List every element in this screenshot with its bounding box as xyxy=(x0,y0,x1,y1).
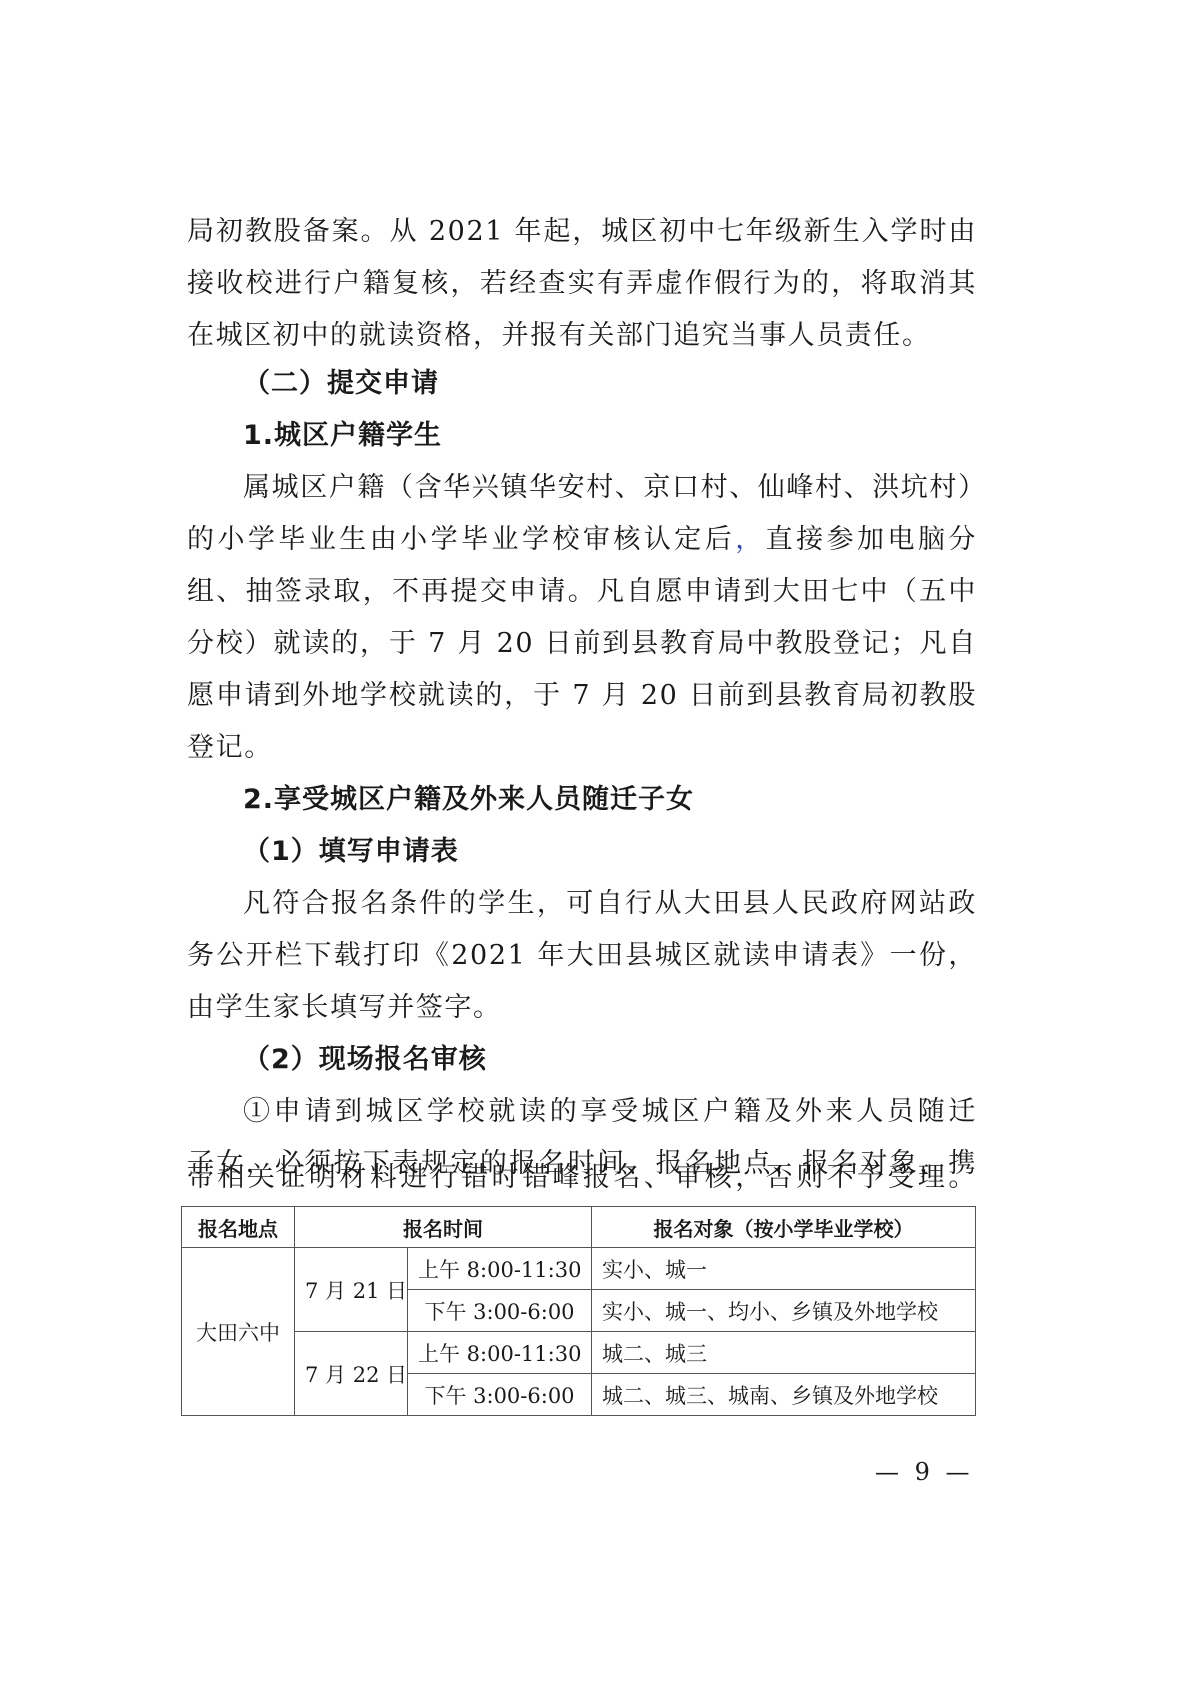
paragraph-line: 接收校进行户籍复核，若经查实有弄虚作假行为的，将取消其 xyxy=(187,266,977,302)
time-cell: 上午 8:00-11:30 xyxy=(408,1248,592,1290)
text-segment: 直接参加电脑分 xyxy=(766,524,977,555)
paragraph-line: 分校）就读的，于 7 月 20 日前到县教育局中教股登记；凡自 xyxy=(187,626,977,662)
paragraph-line: 局初教股备案。从 2021 年起，城区初中七年级新生入学时由 xyxy=(187,214,977,250)
comma-mark: ， xyxy=(735,524,765,555)
paragraph-line: 凡符合报名条件的学生，可自行从大田县人民政府网站政 xyxy=(243,886,977,922)
paragraph-line: 属城区户籍（含华兴镇华安村、京口村、仙峰村、洪坑村） xyxy=(243,470,977,506)
paragraph-line: 带相关证明材料进行错时错峰报名、审核，否则不予受理。 xyxy=(187,1160,977,1196)
header-targets: 报名对象（按小学毕业学校） xyxy=(592,1207,976,1248)
time-cell: 下午 3:00-6:00 xyxy=(408,1290,592,1332)
paragraph-line: 愿申请到外地学校就读的，于 7 月 20 日前到县教育局初教股 xyxy=(187,678,977,714)
targets-cell: 城二、城三 xyxy=(592,1332,976,1374)
paragraph-line: 的小学毕业生由小学毕业学校审核认定后，直接参加电脑分 xyxy=(187,522,977,558)
document-page: 局初教股备案。从 2021 年起，城区初中七年级新生入学时由 接收校进行户籍复核… xyxy=(0,0,1200,1707)
section-heading-submit: （二）提交申请 xyxy=(243,366,977,402)
paragraph-line: ①申请到城区学校就读的享受城区户籍及外来人员随迁 xyxy=(243,1094,977,1130)
date-cell: 7 月 22 日 xyxy=(295,1332,408,1416)
table-row: 7 月 22 日 上午 8:00-11:30 城二、城三 xyxy=(182,1332,976,1374)
targets-cell: 实小、城一、均小、乡镇及外地学校 xyxy=(592,1290,976,1332)
page-number: — 9 — xyxy=(875,1458,974,1486)
time-cell: 下午 3:00-6:00 xyxy=(408,1374,592,1416)
header-time: 报名时间 xyxy=(295,1207,592,1248)
paragraph-line: 组、抽签录取，不再提交申请。凡自愿申请到大田七中（五中 xyxy=(187,574,977,610)
registration-schedule-table: 报名地点 报名时间 报名对象（按小学毕业学校） 大田六中 7 月 21 日 上午… xyxy=(181,1206,976,1416)
date-cell: 7 月 21 日 xyxy=(295,1248,408,1332)
table-row: 大田六中 7 月 21 日 上午 8:00-11:30 实小、城一 xyxy=(182,1248,976,1290)
header-location: 报名地点 xyxy=(182,1207,295,1248)
paragraph-line: 在城区初中的就读资格，并报有关部门追究当事人员责任。 xyxy=(187,318,977,354)
time-cell: 上午 8:00-11:30 xyxy=(408,1332,592,1374)
text-segment: 的小学毕业生由小学毕业学校审核认定后 xyxy=(187,524,735,555)
subheading-urban-students: 1.城区户籍学生 xyxy=(243,418,977,454)
targets-cell: 实小、城一 xyxy=(592,1248,976,1290)
location-cell: 大田六中 xyxy=(182,1248,295,1416)
subheading-fill-form: （1）填写申请表 xyxy=(243,834,977,870)
paragraph-line: 务公开栏下载打印《2021 年大田县城区就读申请表》一份， xyxy=(187,938,977,974)
subheading-onsite-review: （2）现场报名审核 xyxy=(243,1042,977,1078)
subheading-migrant-children: 2.享受城区户籍及外来人员随迁子女 xyxy=(243,782,977,818)
table-header-row: 报名地点 报名时间 报名对象（按小学毕业学校） xyxy=(182,1207,976,1248)
targets-cell: 城二、城三、城南、乡镇及外地学校 xyxy=(592,1374,976,1416)
paragraph-line: 由学生家长填写并签字。 xyxy=(187,990,977,1026)
paragraph-line: 登记。 xyxy=(187,730,977,766)
